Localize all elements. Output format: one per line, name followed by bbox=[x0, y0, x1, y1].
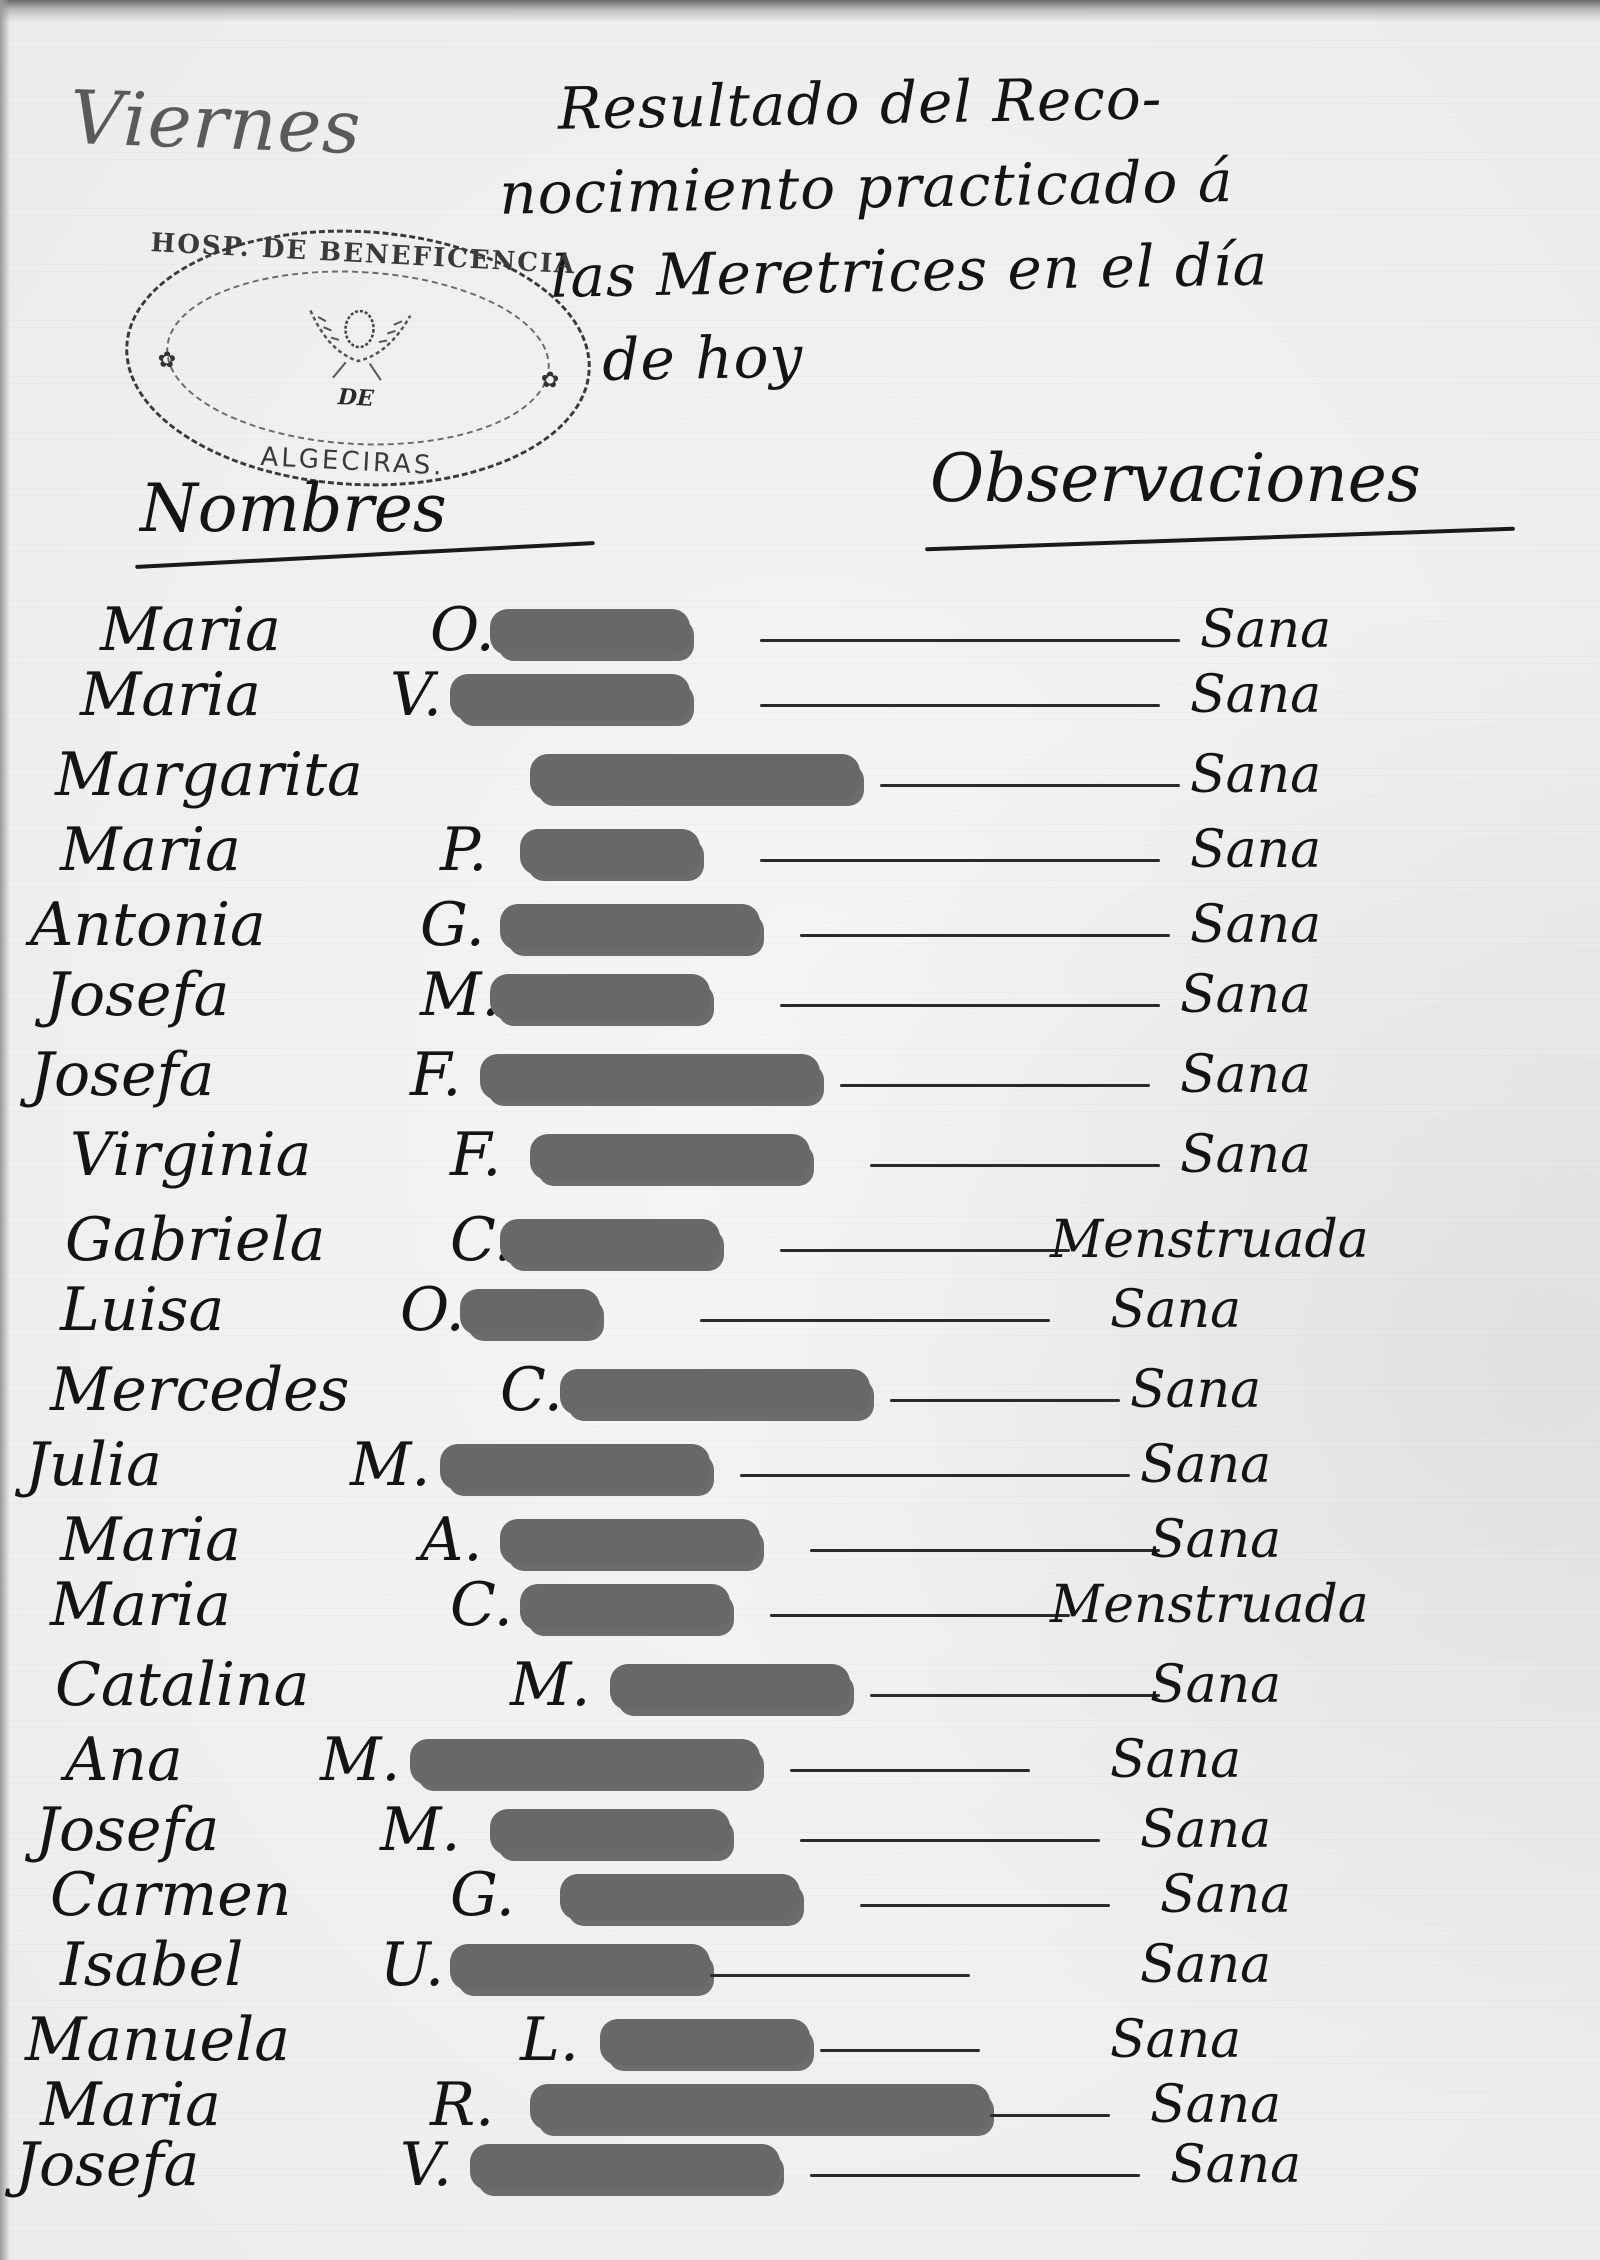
row-observation: Sana bbox=[1180, 960, 1311, 1030]
row-surname-initial: M. bbox=[420, 960, 501, 1030]
row-first-name: Josefa bbox=[35, 1795, 219, 1865]
surname-redaction bbox=[500, 1519, 760, 1565]
row-surname-initial: G. bbox=[420, 890, 485, 960]
row-observation: Sana bbox=[1110, 1725, 1241, 1795]
surname-redaction bbox=[450, 1944, 710, 1990]
row-leader-line bbox=[760, 859, 1160, 862]
row-leader-line bbox=[760, 704, 1160, 707]
row-first-name: Maria bbox=[60, 1505, 241, 1575]
row-leader-line bbox=[770, 1614, 1070, 1617]
register-row: MercedesC.Sana bbox=[0, 1355, 1600, 1425]
row-observation: Sana bbox=[1190, 890, 1321, 960]
row-first-name: Josefa bbox=[15, 2130, 199, 2200]
surname-redaction bbox=[450, 674, 690, 720]
row-leader-line bbox=[700, 1319, 1050, 1322]
row-first-name: Maria bbox=[100, 595, 281, 665]
surname-redaction bbox=[530, 1134, 810, 1180]
surname-redaction bbox=[520, 829, 700, 875]
surname-redaction bbox=[530, 2084, 990, 2130]
row-surname-initial: M. bbox=[320, 1725, 401, 1795]
row-leader-line bbox=[740, 1474, 1130, 1477]
row-leader-line bbox=[860, 1904, 1110, 1907]
surname-redaction bbox=[440, 1444, 710, 1490]
row-leader-line bbox=[780, 1004, 1160, 1007]
register-row: MargaritaSana bbox=[0, 740, 1600, 810]
row-first-name: Josefa bbox=[45, 960, 229, 1030]
row-surname-initial: U. bbox=[380, 1930, 444, 2000]
row-observation: Sana bbox=[1190, 660, 1321, 730]
row-leader-line bbox=[890, 1399, 1120, 1402]
surname-redaction bbox=[600, 2019, 810, 2065]
row-first-name: Gabriela bbox=[65, 1205, 325, 1275]
surname-redaction bbox=[530, 754, 860, 800]
register-row: CarmenG.Sana bbox=[0, 1860, 1600, 1930]
register-row: AntoniaG.Sana bbox=[0, 890, 1600, 960]
row-leader-line bbox=[800, 934, 1170, 937]
row-surname-initial: F. bbox=[410, 1040, 461, 1110]
register-row: LuisaO.Sana bbox=[0, 1275, 1600, 1345]
surname-redaction bbox=[490, 609, 690, 655]
row-observation: Sana bbox=[1160, 1860, 1291, 1930]
row-leader-line bbox=[880, 784, 1180, 787]
surname-redaction bbox=[560, 1874, 800, 1920]
row-leader-line bbox=[810, 1549, 1160, 1552]
row-surname-initial: M. bbox=[380, 1795, 461, 1865]
register-row: CatalinaM.Sana bbox=[0, 1650, 1600, 1720]
row-observation: Sana bbox=[1200, 595, 1331, 665]
row-leader-line bbox=[990, 2114, 1110, 2117]
row-surname-initial: G. bbox=[450, 1860, 515, 1930]
row-first-name: Ana bbox=[65, 1725, 183, 1795]
register-row: JosefaF.Sana bbox=[0, 1040, 1600, 1110]
row-observation: Menstruada bbox=[1050, 1570, 1369, 1640]
surname-redaction bbox=[490, 1809, 730, 1855]
register-list: MariaO.SanaMariaV.SanaMargaritaSanaMaria… bbox=[0, 0, 1600, 2260]
row-first-name: Maria bbox=[80, 660, 261, 730]
row-leader-line bbox=[710, 1974, 970, 1977]
row-leader-line bbox=[820, 2049, 980, 2052]
register-row: MariaP.Sana bbox=[0, 815, 1600, 885]
row-observation: Sana bbox=[1110, 1275, 1241, 1345]
register-row: AnaM.Sana bbox=[0, 1725, 1600, 1795]
surname-redaction bbox=[500, 1219, 720, 1265]
row-leader-line bbox=[870, 1694, 1160, 1697]
row-first-name: Antonia bbox=[30, 890, 266, 960]
surname-redaction bbox=[470, 2144, 780, 2190]
row-observation: Sana bbox=[1140, 1795, 1271, 1865]
register-row: GabrielaC.Menstruada bbox=[0, 1205, 1600, 1275]
register-row: JosefaM.Sana bbox=[0, 960, 1600, 1030]
row-observation: Sana bbox=[1180, 1040, 1311, 1110]
register-row: JosefaV.Sana bbox=[0, 2130, 1600, 2200]
row-observation: Sana bbox=[1140, 1930, 1271, 2000]
register-row: MariaA.Sana bbox=[0, 1505, 1600, 1575]
register-row: IsabelU.Sana bbox=[0, 1930, 1600, 2000]
row-surname-initial: C. bbox=[500, 1355, 563, 1425]
row-first-name: Carmen bbox=[50, 1860, 291, 1930]
row-surname-initial: F. bbox=[450, 1120, 501, 1190]
row-observation: Sana bbox=[1140, 1430, 1271, 1500]
surname-redaction bbox=[610, 1664, 850, 1710]
row-first-name: Manuela bbox=[25, 2005, 290, 2075]
row-leader-line bbox=[790, 1769, 1030, 1772]
row-leader-line bbox=[780, 1249, 1070, 1252]
row-observation: Sana bbox=[1110, 2005, 1241, 2075]
surname-redaction bbox=[460, 1289, 600, 1335]
row-first-name: Margarita bbox=[55, 740, 363, 810]
row-observation: Sana bbox=[1130, 1355, 1261, 1425]
row-surname-initial: V. bbox=[390, 660, 442, 730]
surname-redaction bbox=[500, 904, 760, 950]
register-row: JuliaM.Sana bbox=[0, 1430, 1600, 1500]
register-row: JosefaM.Sana bbox=[0, 1795, 1600, 1865]
row-surname-initial: O. bbox=[430, 595, 495, 665]
register-row: MariaV.Sana bbox=[0, 660, 1600, 730]
row-leader-line bbox=[760, 639, 1180, 642]
row-observation: Sana bbox=[1190, 815, 1321, 885]
surname-redaction bbox=[410, 1739, 760, 1785]
surname-redaction bbox=[560, 1369, 870, 1415]
row-surname-initial: O. bbox=[400, 1275, 465, 1345]
row-first-name: Julia bbox=[25, 1430, 162, 1500]
row-observation: Sana bbox=[1180, 1120, 1311, 1190]
row-first-name: Catalina bbox=[55, 1650, 309, 1720]
row-observation: Menstruada bbox=[1050, 1205, 1369, 1275]
surname-redaction bbox=[520, 1584, 730, 1630]
row-leader-line bbox=[800, 1839, 1100, 1842]
row-first-name: Luisa bbox=[60, 1275, 224, 1345]
row-first-name: Maria bbox=[50, 1570, 231, 1640]
row-surname-initial: A. bbox=[420, 1505, 482, 1575]
row-first-name: Mercedes bbox=[50, 1355, 349, 1425]
row-observation: Sana bbox=[1150, 1505, 1281, 1575]
row-observation: Sana bbox=[1170, 2130, 1301, 2200]
row-first-name: Maria bbox=[60, 815, 241, 885]
row-surname-initial: C. bbox=[450, 1570, 513, 1640]
register-row: ManuelaL.Sana bbox=[0, 2005, 1600, 2075]
register-row: MariaO.Sana bbox=[0, 595, 1600, 665]
row-surname-initial: M. bbox=[510, 1650, 591, 1720]
row-observation: Sana bbox=[1190, 740, 1321, 810]
register-row: VirginiaF.Sana bbox=[0, 1120, 1600, 1190]
row-surname-initial: P. bbox=[440, 815, 487, 885]
row-leader-line bbox=[870, 1164, 1160, 1167]
row-leader-line bbox=[810, 2174, 1140, 2177]
row-observation: Sana bbox=[1150, 1650, 1281, 1720]
surname-redaction bbox=[490, 974, 710, 1020]
row-surname-initial: M. bbox=[350, 1430, 431, 1500]
row-surname-initial: V. bbox=[400, 2130, 452, 2200]
register-row: MariaC.Menstruada bbox=[0, 1570, 1600, 1640]
row-leader-line bbox=[840, 1084, 1150, 1087]
surname-redaction bbox=[480, 1054, 820, 1100]
row-first-name: Josefa bbox=[30, 1040, 214, 1110]
row-first-name: Virginia bbox=[70, 1120, 311, 1190]
row-surname-initial: L. bbox=[520, 2005, 579, 2075]
row-first-name: Isabel bbox=[60, 1930, 243, 2000]
